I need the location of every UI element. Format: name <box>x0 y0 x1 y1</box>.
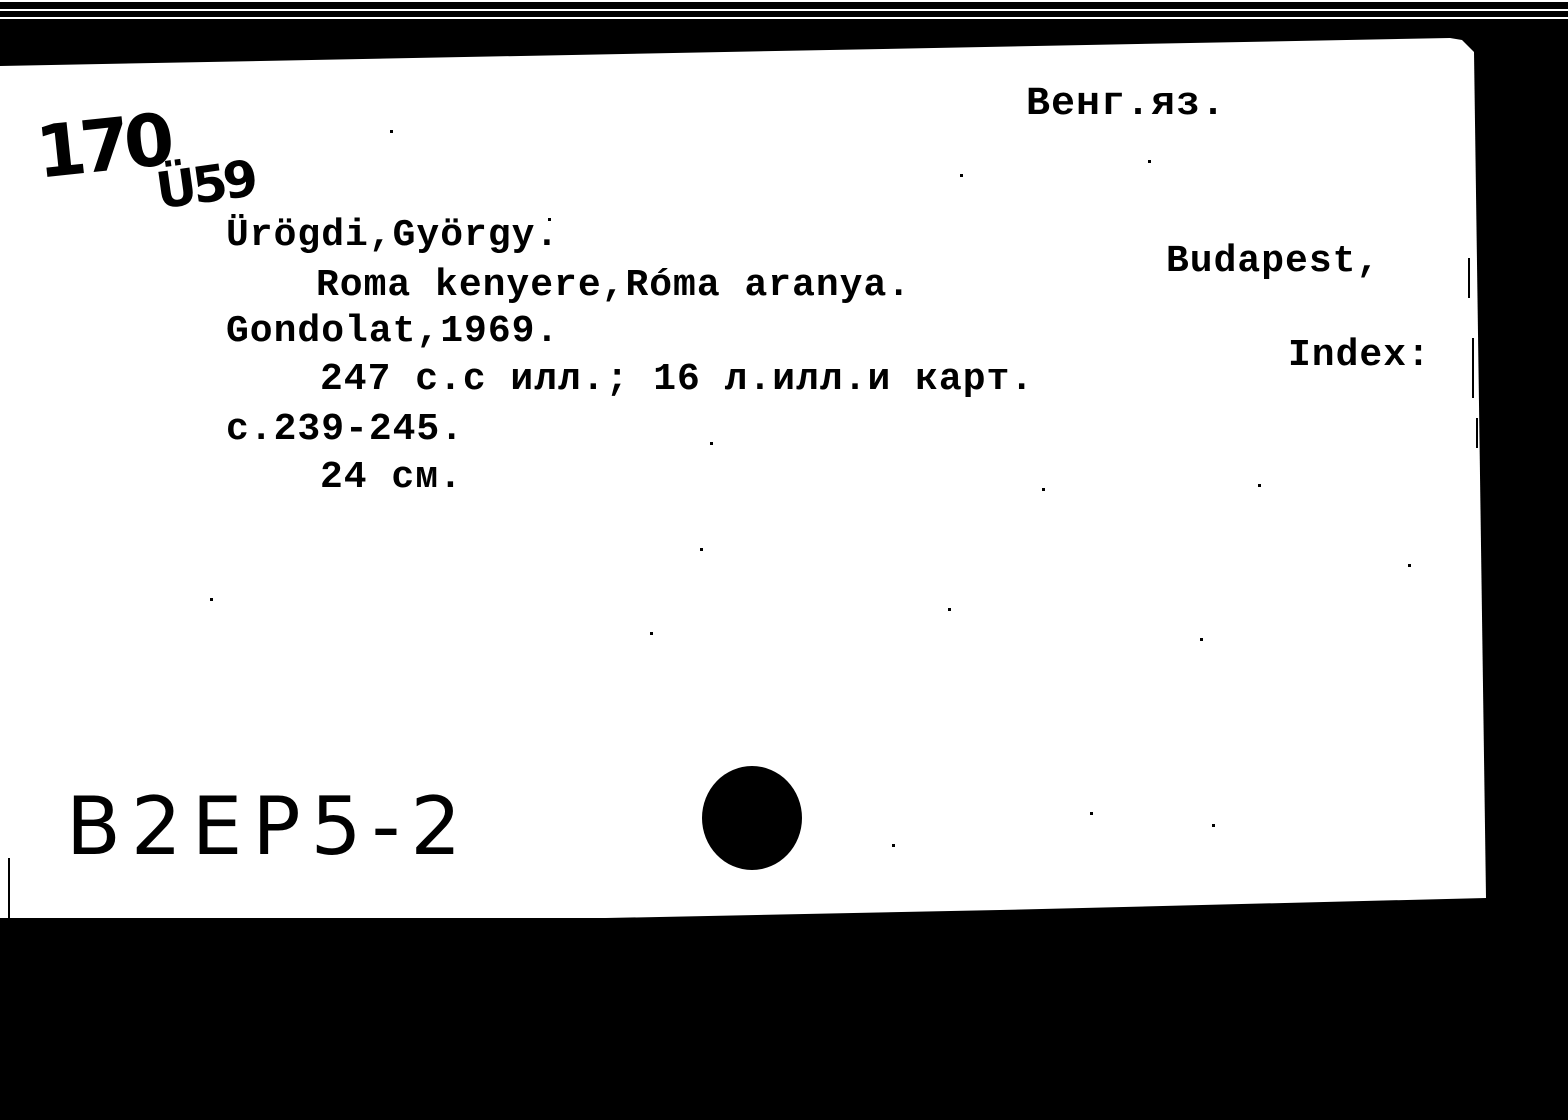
punch-hole <box>702 766 802 870</box>
scan-speck <box>1148 160 1151 163</box>
scan-speck <box>1090 812 1093 815</box>
scan-speck <box>1408 564 1411 567</box>
dimensions: 24 см. <box>320 456 463 499</box>
extent-line: 247 с.с илл.; 16 л.илл.и карт. <box>320 358 1034 401</box>
card-edge-mark <box>1472 338 1474 398</box>
scan-speck <box>948 608 951 611</box>
scan-speck <box>1258 484 1261 487</box>
scan-speck <box>1212 824 1215 827</box>
scan-speck <box>1200 638 1203 641</box>
scan-speck <box>892 844 895 847</box>
publication-place: Budapest, <box>1166 240 1380 283</box>
index-label: Index: <box>1288 334 1431 377</box>
language-label: Венг.яз. <box>1026 82 1226 127</box>
author-heading: Ürögdi,György. <box>226 214 559 257</box>
scan-speck <box>960 174 963 177</box>
scan-speck <box>210 598 213 601</box>
scan-speck <box>700 548 703 551</box>
card-edge-mark <box>1468 258 1470 298</box>
publisher-line: Gondolat,1969. <box>226 310 559 353</box>
title-line: Roma kenyere,Róma aranya. <box>316 264 911 307</box>
card-edge-mark <box>8 858 10 918</box>
shelf-mark-handwritten: 170 <box>32 97 172 194</box>
shelf-mark-sub-handwritten: Ü59 <box>152 149 257 220</box>
scanner-border <box>0 0 1568 22</box>
scan-speck <box>548 218 551 221</box>
index-pages: с.239-245. <box>226 408 464 451</box>
scan-speck <box>390 130 393 133</box>
scan-speck <box>1042 488 1045 491</box>
catalog-card: 170 Ü59 Венг.яз. Ürögdi,György. Roma ken… <box>0 38 1486 918</box>
scan-speck <box>650 632 653 635</box>
card-edge-mark <box>1476 418 1478 448</box>
call-number-handwritten: B2EP5-2 <box>66 780 471 873</box>
scan-speck <box>710 442 713 445</box>
